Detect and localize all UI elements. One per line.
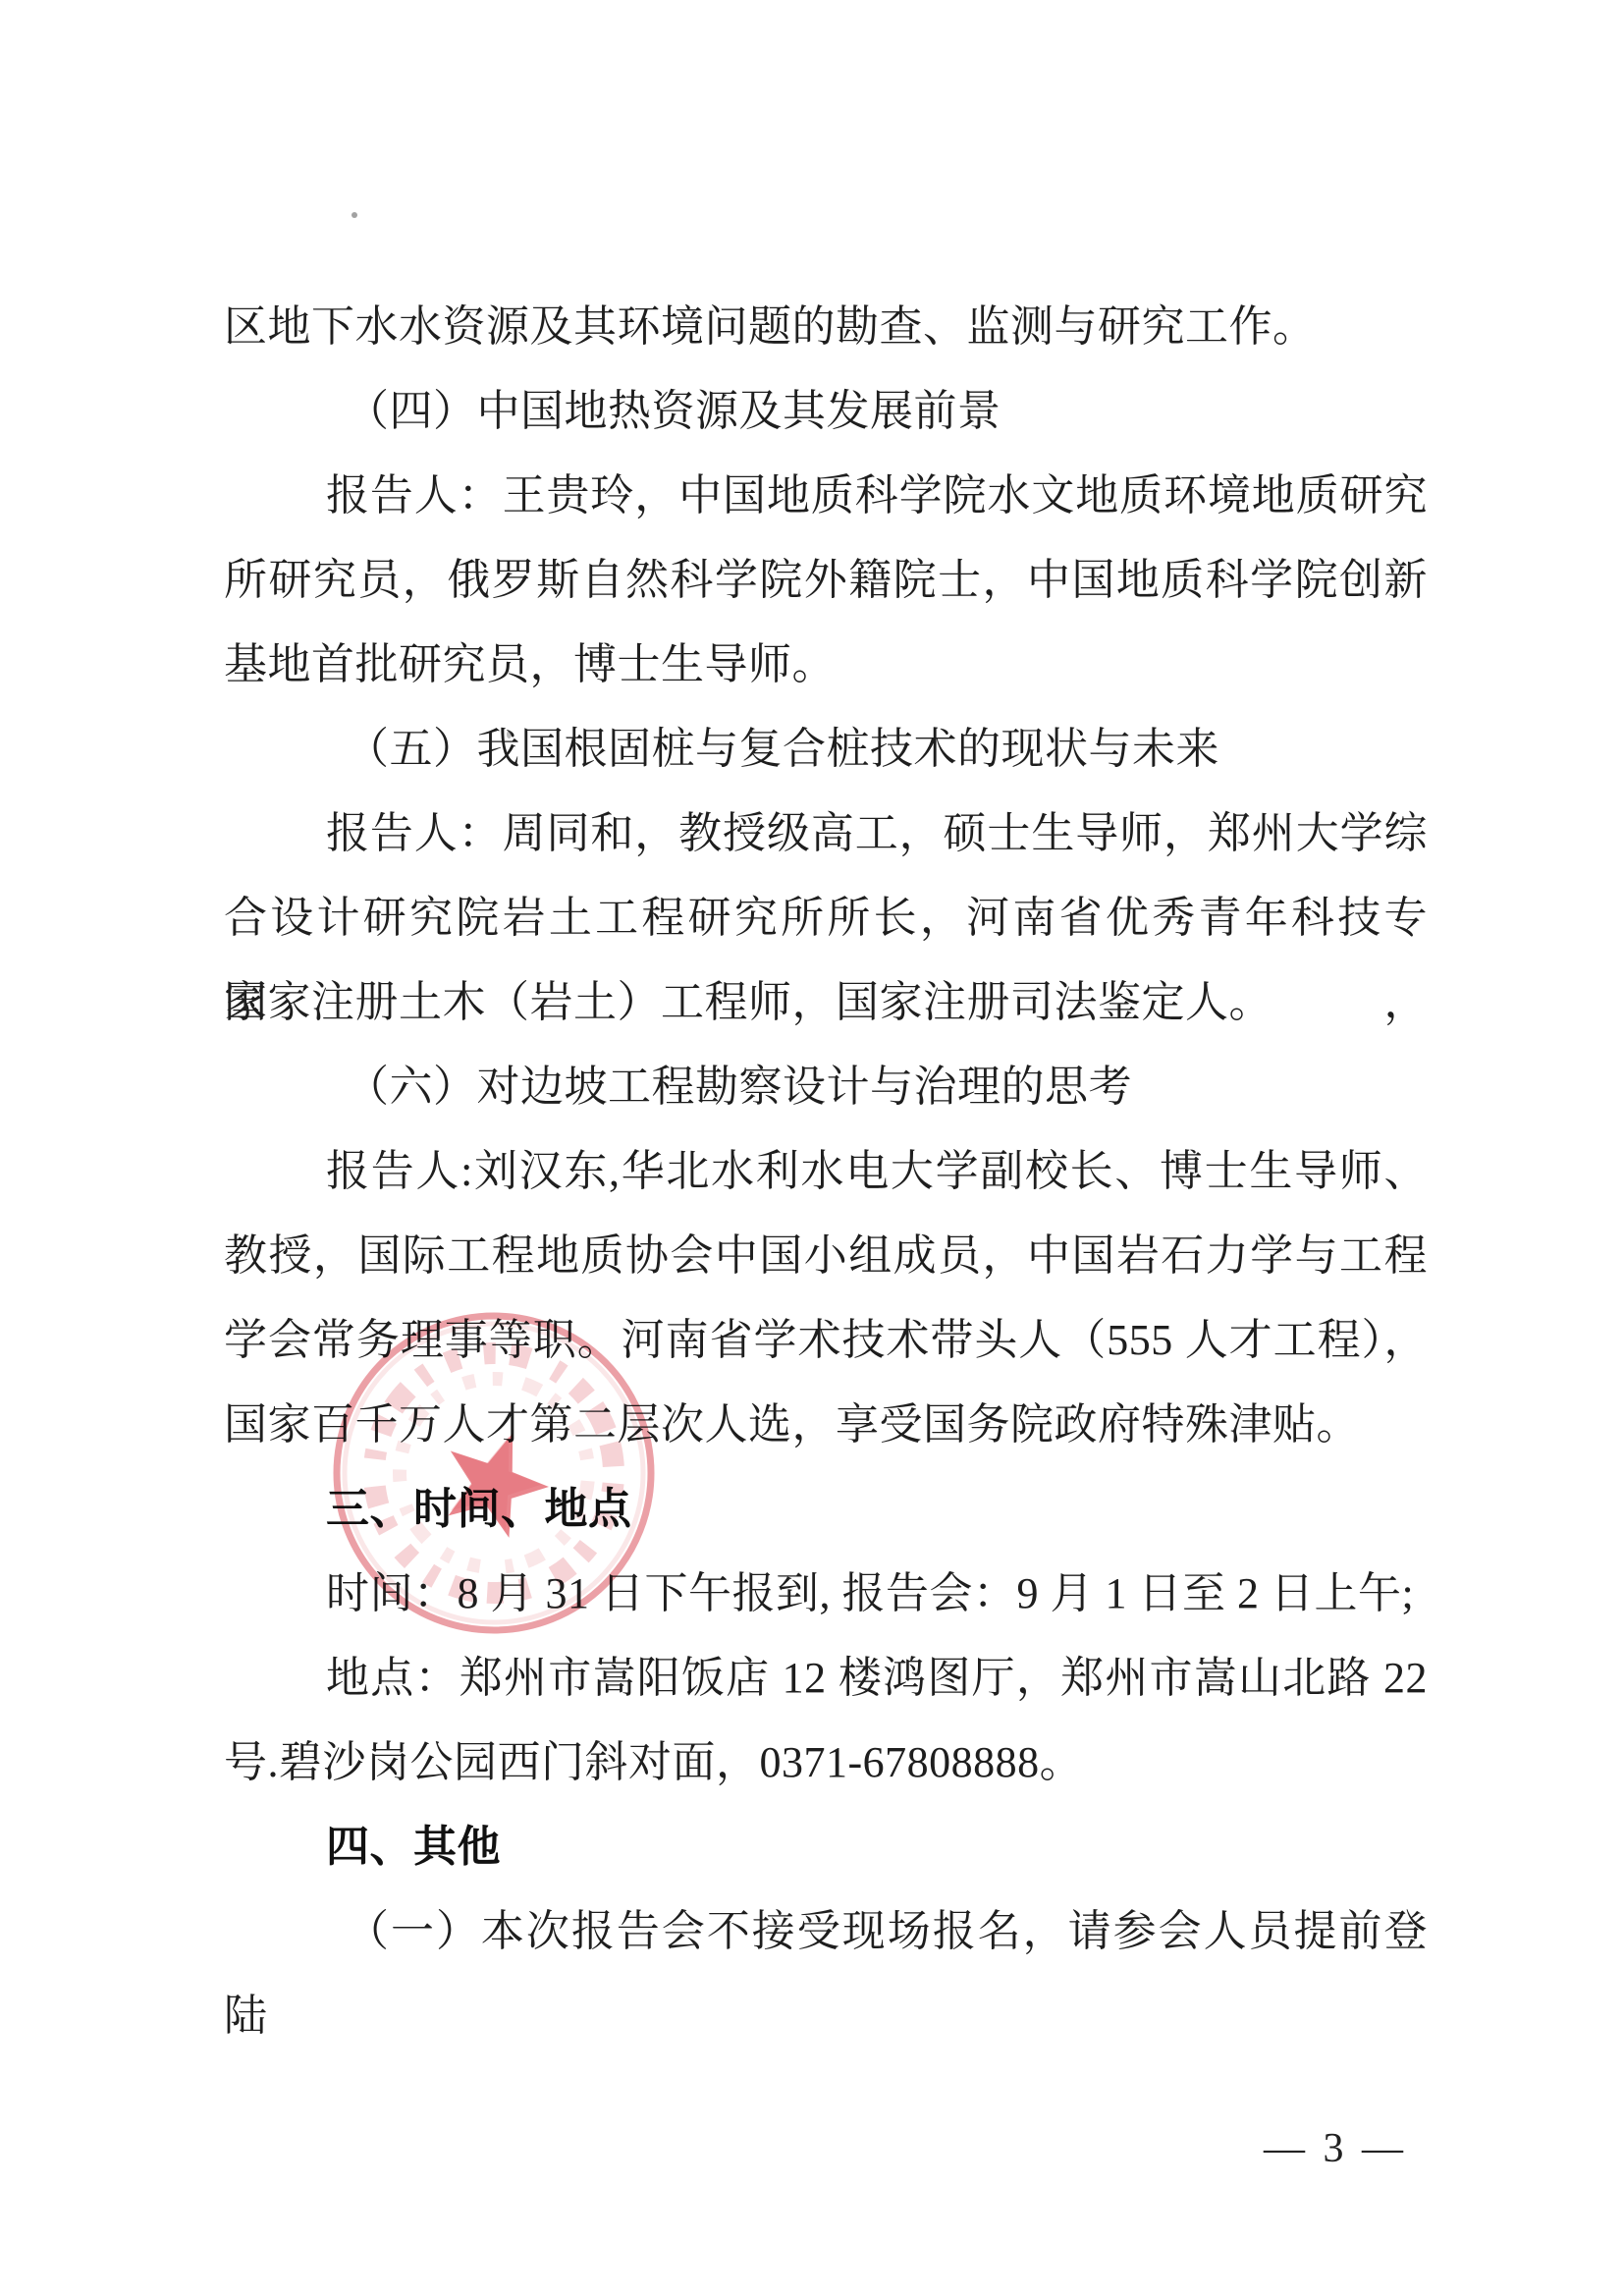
text-line: （一）本次报告会不接受现场报名，请参会人员提前登陆: [224, 1889, 1428, 1974]
section-heading: 四、其他: [224, 1805, 1428, 1889]
text-line: 合设计研究院岩土工程研究所所长，河南省优秀青年科技专家，: [224, 876, 1428, 960]
text-line: 区地下水水资源及其环境问题的勘查、监测与研究工作。: [224, 285, 1428, 369]
text-line: 报告人：周同和，教授级高工，硕士生导师，郑州大学综: [224, 792, 1428, 876]
section-heading: 三、时间、地点: [224, 1467, 1428, 1552]
page-number: — 3 —: [1264, 2121, 1407, 2176]
document-body: 区地下水水资源及其环境问题的勘查、监测与研究工作。 （四）中国地热资源及其发展前…: [224, 285, 1428, 1974]
text-line: 教授，国际工程地质协会中国小组成员，中国岩石力学与工程: [224, 1214, 1428, 1298]
text-line: 地点：郑州市嵩阳饭店 12 楼鸿图厅，郑州市嵩山北路 22: [224, 1636, 1428, 1721]
text-line: 国家注册土木（岩土）工程师，国家注册司法鉴定人。: [224, 960, 1428, 1045]
text-line: 时间：8 月 31 日下午报到, 报告会：9 月 1 日至 2 日上午;: [224, 1552, 1428, 1636]
text-line: 报告人:刘汉东,华北水利水电大学副校长、博士生导师、: [224, 1129, 1428, 1214]
item-heading: （四）中国地热资源及其发展前景: [224, 369, 1428, 454]
scan-speck: [507, 731, 512, 738]
text-line: 基地首批研究员，博士生导师。: [224, 623, 1428, 707]
document-page: 区地下水水资源及其环境问题的勘查、监测与研究工作。 （四）中国地热资源及其发展前…: [0, 0, 1623, 2296]
text-line: 报告人：王贵玲，中国地质科学院水文地质环境地质研究: [224, 454, 1428, 538]
item-heading: （五）我国根固桩与复合桩技术的现状与未来: [224, 707, 1428, 792]
item-heading: （六）对边坡工程勘察设计与治理的思考: [224, 1045, 1428, 1129]
scan-speck: [352, 212, 357, 218]
text-line: 学会常务理事等职。河南省学术技术带头人（555 人才工程），: [224, 1298, 1428, 1383]
text-line: 号.碧沙岗公园西门斜对面，0371-67808888。: [224, 1721, 1428, 1805]
text-line: 所研究员，俄罗斯自然科学院外籍院士，中国地质科学院创新: [224, 538, 1428, 623]
text-line: 国家百千万人才第二层次人选，享受国务院政府特殊津贴。: [224, 1383, 1428, 1467]
